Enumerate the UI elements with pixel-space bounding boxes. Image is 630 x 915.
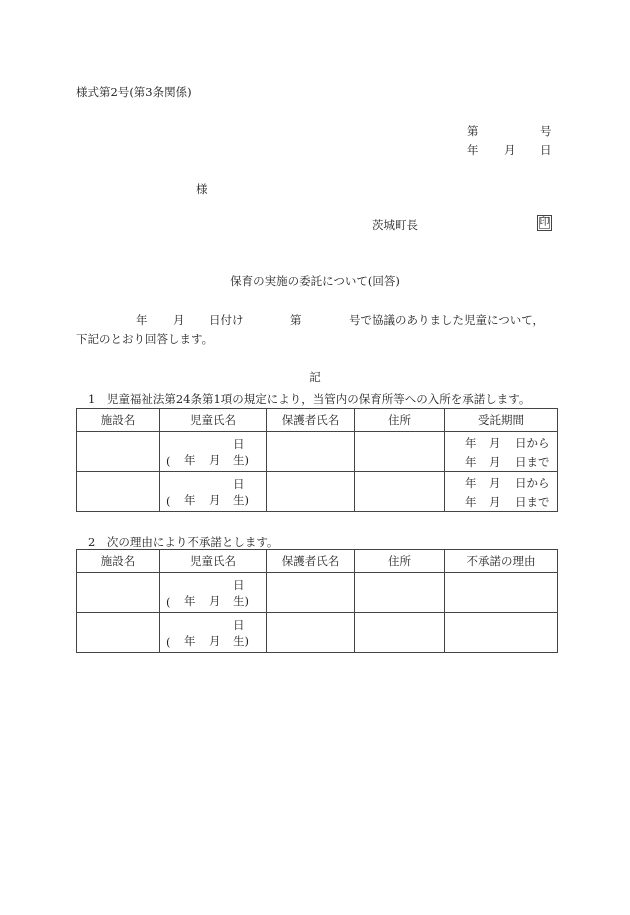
col-facility: 施設名	[77, 550, 160, 573]
body-line-2: 下記のとおり回答します。	[76, 331, 213, 347]
child-name-cell[interactable]: ( 年 月 日生)	[160, 613, 267, 653]
table-row: ( 年 月 日生) 年 月 日から 年 月 日まで	[77, 472, 558, 512]
doc-date-month: 月	[504, 142, 516, 158]
section1-heading: 1 児童福祉法第24条第1項の規定により，当管内の保育所等への入所を承諾します。	[88, 391, 530, 407]
ki-heading: 記	[0, 369, 630, 385]
guardian-name-cell[interactable]	[267, 472, 355, 512]
issuer: 茨城町長	[372, 217, 418, 233]
col-child-name: 児童氏名	[160, 550, 267, 573]
col-guardian-name: 保護者氏名	[267, 409, 355, 432]
table-header-row: 施設名 児童氏名 保護者氏名 住所 不承諾の理由	[77, 550, 558, 573]
child-name-cell[interactable]: ( 年 月 日生)	[160, 432, 267, 472]
doc-number-prefix: 第	[467, 123, 479, 139]
period-to: 年 月 日まで	[465, 454, 553, 468]
period-cell[interactable]: 年 月 日から 年 月 日まで	[445, 432, 558, 472]
document-title: 保育の実施の委託について(回答)	[0, 273, 630, 289]
col-address: 住所	[355, 409, 445, 432]
doc-number-suffix: 号	[540, 123, 552, 139]
period-to: 年 月 日まで	[465, 494, 553, 508]
col-facility: 施設名	[77, 409, 160, 432]
doc-date-day: 日	[540, 142, 552, 158]
form-id: 様式第2号(第3条関係)	[76, 84, 192, 100]
facility-cell[interactable]	[77, 573, 160, 613]
col-child-name: 児童氏名	[160, 409, 267, 432]
addressee: 様	[196, 181, 208, 197]
table-row: ( 年 月 日生) 年 月 日から 年 月 日まで	[77, 432, 558, 472]
period-cell[interactable]: 年 月 日から 年 月 日まで	[445, 472, 558, 512]
address-cell[interactable]	[355, 472, 445, 512]
section2-heading: 2 次の理由により不承諾とします。	[88, 534, 278, 550]
address-cell[interactable]	[355, 573, 445, 613]
rejection-table: 施設名 児童氏名 保護者氏名 住所 不承諾の理由 ( 年 月 日生) ( 年 月…	[76, 549, 558, 653]
col-guardian-name: 保護者氏名	[267, 550, 355, 573]
seal-icon: 印	[537, 215, 552, 231]
address-cell[interactable]	[355, 432, 445, 472]
table-row: ( 年 月 日生)	[77, 613, 558, 653]
table-row: ( 年 月 日生)	[77, 573, 558, 613]
guardian-name-cell[interactable]	[267, 613, 355, 653]
facility-cell[interactable]	[77, 472, 160, 512]
child-name-cell[interactable]: ( 年 月 日生)	[160, 573, 267, 613]
rejection-reason-cell[interactable]	[445, 573, 558, 613]
col-period: 受託期間	[445, 409, 558, 432]
guardian-name-cell[interactable]	[267, 432, 355, 472]
col-rejection-reason: 不承諾の理由	[445, 550, 558, 573]
facility-cell[interactable]	[77, 432, 160, 472]
table-header-row: 施設名 児童氏名 保護者氏名 住所 受託期間	[77, 409, 558, 432]
approval-table: 施設名 児童氏名 保護者氏名 住所 受託期間 ( 年 月 日生) 年 月 日から…	[76, 408, 558, 512]
col-address: 住所	[355, 550, 445, 573]
child-name-cell[interactable]: ( 年 月 日生)	[160, 472, 267, 512]
facility-cell[interactable]	[77, 613, 160, 653]
period-from: 年 月 日から	[465, 475, 553, 489]
address-cell[interactable]	[355, 613, 445, 653]
rejection-reason-cell[interactable]	[445, 613, 558, 653]
doc-date-year: 年	[467, 142, 479, 158]
period-from: 年 月 日から	[465, 435, 553, 449]
guardian-name-cell[interactable]	[267, 573, 355, 613]
